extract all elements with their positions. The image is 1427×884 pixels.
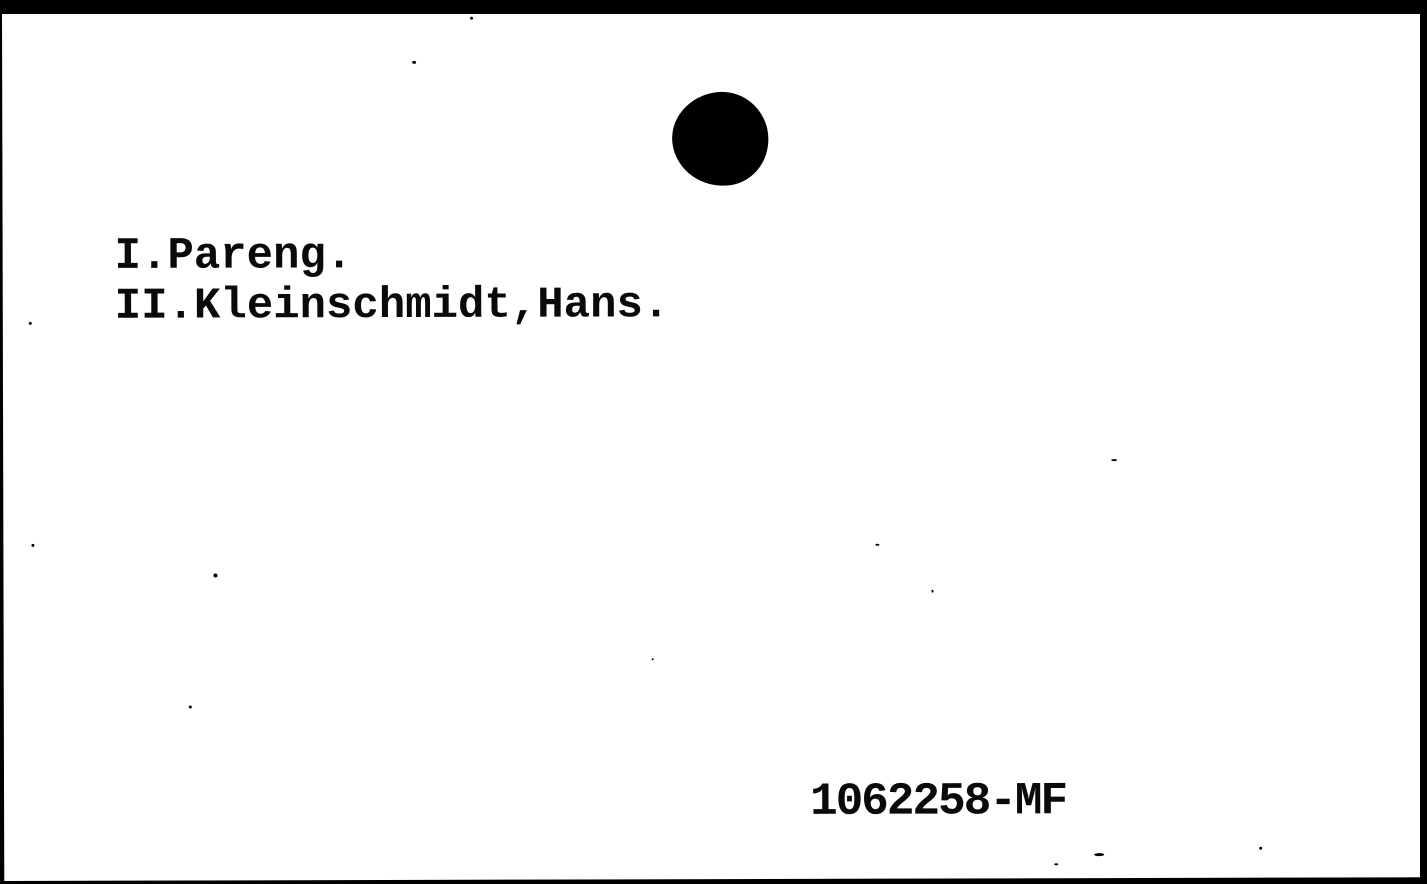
catalog-card: I.Pareng. II.Kleinschmidt,Hans. 1062258-… bbox=[2, 10, 1422, 881]
speck bbox=[1094, 853, 1104, 856]
entry-line-1: I.Pareng. bbox=[115, 231, 353, 283]
speck bbox=[29, 322, 32, 325]
speck bbox=[652, 658, 654, 660]
speck bbox=[1054, 863, 1058, 865]
speck bbox=[932, 590, 934, 593]
speck bbox=[189, 706, 192, 709]
speck bbox=[213, 573, 217, 577]
speck bbox=[412, 61, 416, 64]
speck bbox=[31, 544, 34, 547]
card-right-shadow bbox=[1420, 0, 1427, 884]
speck bbox=[1259, 847, 1262, 850]
card-left-shadow bbox=[0, 0, 2, 884]
card-top-shadow bbox=[0, 0, 1427, 14]
speck bbox=[470, 17, 473, 20]
speck bbox=[1111, 459, 1117, 461]
catalog-number: 1062258-MF bbox=[810, 775, 1066, 828]
speck bbox=[875, 544, 879, 546]
punch-hole bbox=[666, 86, 774, 193]
entry-line-2: II.Kleinschmidt,Hans. bbox=[115, 280, 670, 331]
